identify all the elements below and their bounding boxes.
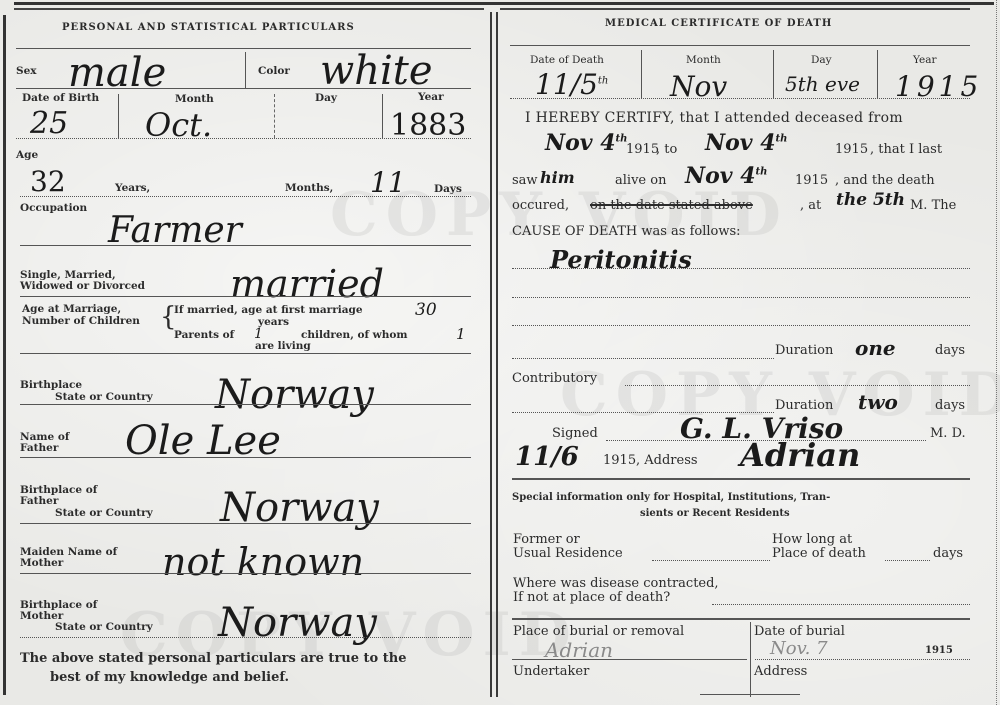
rule	[641, 50, 642, 98]
age-years-value: 32	[30, 165, 66, 198]
to-label: , to	[656, 144, 677, 156]
mother-maiden-label-2: Mother	[20, 558, 63, 569]
mother-birthplace-value: Norway	[218, 600, 377, 646]
how-long-days: days	[933, 548, 963, 560]
rule	[20, 296, 471, 297]
father-name-label-2: Father	[20, 443, 58, 454]
at-label: , at	[800, 200, 821, 212]
dob-day-label: Day	[315, 93, 337, 104]
m-the: M. The	[910, 200, 956, 212]
are-living-label: are living	[255, 341, 311, 352]
occupation-label: Occupation	[20, 203, 87, 214]
special-info-line-2: sients or Recent Residents	[640, 508, 790, 520]
rule	[512, 325, 970, 326]
attended-to-value: Nov 4th	[705, 130, 787, 156]
certify-text: I HEREBY CERTIFY, that I attended deceas…	[525, 112, 903, 124]
days-label-2: days	[935, 400, 965, 412]
rule	[382, 94, 383, 138]
sex-value: male	[68, 50, 166, 96]
parents-of-label: Parents of	[174, 330, 234, 341]
mother-birthplace-label-1: Birthplace of	[20, 600, 97, 611]
signed-year: 1915	[603, 455, 636, 467]
father-birthplace-label-1: Birthplace of	[20, 485, 97, 496]
rule	[512, 659, 747, 660]
saw-label: saw	[512, 175, 538, 187]
undertaker-label: Undertaker	[513, 666, 589, 678]
rule	[20, 523, 471, 524]
mother-maiden-label-1: Maiden Name of	[20, 547, 117, 558]
father-birthplace-label-2: Father	[20, 496, 58, 507]
rule	[755, 659, 970, 660]
rule	[20, 245, 471, 246]
dob-month-label: Month	[175, 94, 214, 105]
rule	[512, 297, 970, 298]
dob-value: 25	[30, 106, 68, 141]
rule	[16, 88, 471, 89]
occured-label: occured,	[512, 200, 569, 212]
rule	[885, 560, 930, 561]
rule	[512, 358, 774, 359]
first-marriage-label: If married, age at first marriage	[174, 305, 363, 316]
dod-value: 11/5th	[535, 68, 608, 101]
attestation-line-2: best of my knowledge and belief.	[50, 672, 289, 684]
rule	[750, 622, 751, 697]
left-border	[3, 15, 6, 695]
rule	[512, 478, 970, 480]
sex-label: Sex	[16, 66, 37, 77]
birthplace-label-1: Birthplace	[20, 380, 82, 391]
rule	[20, 573, 471, 574]
birthplace-label-2: State or Country	[55, 392, 153, 403]
age-marriage-label-2: Number of Children	[22, 316, 140, 327]
burial-date-value: Nov. 7	[770, 638, 828, 659]
center-divider	[496, 12, 498, 697]
rule	[510, 98, 970, 99]
age-months-value: 11	[370, 166, 406, 199]
rule	[118, 94, 119, 138]
cause-label: CAUSE OF DEATH was as follows:	[512, 226, 741, 238]
rule	[773, 50, 774, 98]
rule	[512, 618, 970, 620]
dob-year-label: Year	[418, 92, 444, 103]
rule	[245, 52, 246, 88]
rule	[20, 353, 471, 354]
medical-heading: MEDICAL CERTIFICATE OF DEATH	[605, 18, 832, 30]
duration-value-2: two	[858, 390, 898, 414]
age-marriage-label-1: Age at Marriage,	[22, 304, 121, 315]
date-of-death-label: Date of Death	[530, 55, 604, 66]
md-label: M. D.	[930, 428, 966, 440]
age-years-label: Years,	[115, 183, 150, 194]
rule	[16, 138, 471, 139]
attended-from-value: Nov 4th	[545, 130, 627, 156]
father-name-label-1: Name of	[20, 432, 69, 443]
rule	[625, 385, 970, 386]
address-value: Adrian	[740, 436, 860, 474]
father-birthplace-value: Norway	[220, 485, 379, 531]
rule	[712, 604, 970, 605]
color-label: Color	[258, 66, 290, 77]
disease-label-2: If not at place of death?	[513, 592, 670, 604]
rule	[652, 560, 770, 561]
rule	[510, 45, 970, 46]
special-info-line-1: Special information only for Hospital, I…	[512, 492, 830, 504]
year-1915-a: 1915	[626, 144, 659, 156]
duration-value-1: one	[855, 336, 896, 360]
top-border-inner	[500, 8, 970, 10]
year-1915-c: 1915	[795, 175, 828, 187]
saw-value: him	[540, 168, 575, 187]
living-value: 1	[456, 325, 466, 343]
personal-heading: PERSONAL AND STATISTICAL PARTICULARS	[62, 22, 355, 34]
rule	[700, 694, 800, 695]
days-label-1: days	[935, 345, 965, 357]
undertaker-address-label: Address	[754, 666, 807, 678]
year-1915-b: 1915	[835, 144, 868, 156]
mother-birthplace-label-3: State or Country	[55, 622, 153, 633]
dod-year-label: Year	[913, 55, 937, 66]
signed-label: Signed	[552, 428, 598, 440]
at-value: the 5th	[836, 190, 905, 210]
top-border	[14, 2, 994, 5]
father-birthplace-label-3: State or Country	[55, 508, 153, 519]
top-border-inner	[14, 8, 484, 10]
first-marriage-value: 30	[415, 300, 437, 320]
center-divider	[490, 12, 492, 697]
age-days-label: Days	[434, 184, 462, 195]
children-of-whom-label: children, of whom	[301, 330, 407, 341]
rule	[20, 637, 471, 638]
burial-year: 1915	[925, 645, 953, 657]
birthplace-value: Norway	[215, 372, 374, 418]
cause-value: Peritonitis	[550, 245, 692, 274]
dob-label: Date of Birth	[22, 93, 99, 104]
rule	[274, 94, 275, 138]
how-long-label-1: How long at	[772, 534, 852, 546]
dod-day-value: 5th eve	[785, 72, 860, 96]
alive-on-label: alive on	[615, 175, 666, 187]
age-label: Age	[16, 150, 38, 161]
rule	[20, 196, 471, 197]
rule	[512, 268, 970, 269]
duration-label-1: Duration	[775, 345, 833, 357]
burial-date-label: Date of burial	[754, 626, 845, 638]
marital-label-1: Single, Married,	[20, 270, 116, 281]
mother-maiden-value: not known	[162, 540, 364, 584]
right-edge	[996, 0, 997, 705]
dod-month-label: Month	[686, 55, 721, 66]
dod-day-label: Day	[811, 55, 832, 66]
and-the-death: , and the death	[835, 175, 935, 187]
rule	[20, 457, 471, 458]
struck-text: on the date stated above	[590, 200, 753, 212]
contributory-label: Contributory	[512, 373, 597, 385]
how-long-label-2: Place of death	[772, 548, 866, 560]
death-certificate: COPY VOID COPY VOID COPY VOID PERSONAL A…	[0, 0, 1000, 705]
burial-place-label: Place of burial or removal	[513, 626, 684, 638]
age-months-label: Months,	[285, 183, 333, 194]
rule	[20, 404, 471, 405]
marital-label-2: Widowed or Divorced	[20, 281, 145, 292]
disease-label-1: Where was disease contracted,	[513, 578, 719, 590]
former-label-2: Usual Residence	[513, 548, 623, 560]
that-i-last: , that I last	[870, 144, 942, 156]
attestation-line-1: The above stated personal particulars ar…	[20, 653, 406, 665]
duration-label-2: Duration	[775, 400, 833, 412]
rule	[877, 50, 878, 98]
address-label: , Address	[636, 455, 698, 467]
alive-on-value: Nov 4th	[685, 163, 767, 189]
marital-value: married	[230, 262, 384, 306]
former-label-1: Former or	[513, 534, 580, 546]
signed-date-value: 11/6	[515, 442, 579, 472]
mother-birthplace-label-2: Mother	[20, 611, 63, 622]
